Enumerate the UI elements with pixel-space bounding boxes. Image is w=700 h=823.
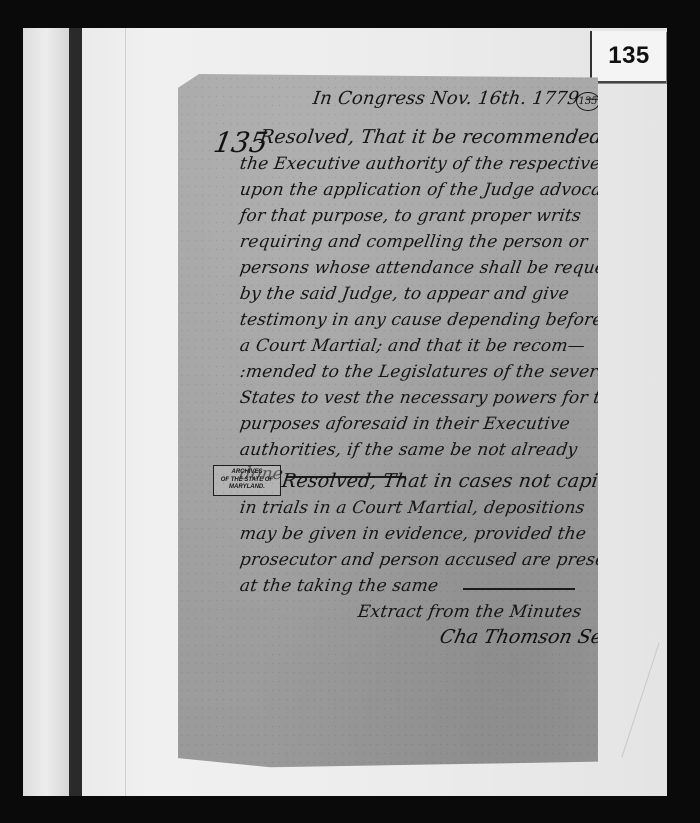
resolution-line: a Court Martial; and that it be recom— xyxy=(239,336,587,356)
document-heading: In Congress Nov. 16th. 1779 — xyxy=(312,88,605,109)
resolution-line: Resolved, That it be recommended to xyxy=(258,126,629,148)
resolution-line: purposes aforesaid in their Executive xyxy=(239,414,572,434)
resolution-line: authorities, if the same be not already xyxy=(239,440,579,460)
stamp-line: OF THE STATE OF xyxy=(221,477,273,485)
signature: Cha Thomson Secy xyxy=(438,626,626,648)
mount-left-strip xyxy=(23,28,69,796)
frame-number: 135 xyxy=(608,42,650,70)
microfilm-frame: 135 135 In Congress Nov. 16th. 1779 — 13… xyxy=(0,0,700,823)
resolution-line: States to vest the necessary powers for … xyxy=(239,388,624,408)
attestation-line: Extract from the Minutes xyxy=(357,602,583,622)
manuscript-text: 135 In Congress Nov. 16th. 1779 — 135 Re… xyxy=(178,74,598,770)
frame-number-card: 135 xyxy=(590,31,666,83)
resolution-line: for that purpose, to grant proper writs xyxy=(239,206,583,226)
archives-stamp: ARCHIVES OF THE STATE OF MARYLAND. xyxy=(213,465,281,496)
closing-rule xyxy=(463,588,575,590)
resolution-line: persons whose attendance shall be reques… xyxy=(239,258,644,278)
closing-rule xyxy=(286,476,406,478)
circled-page-number: 135 xyxy=(576,92,600,111)
resolution-line: testimony in any cause depending before xyxy=(239,310,605,330)
resolution-line: requiring and compelling the person or xyxy=(239,232,589,252)
stamp-line: MARYLAND. xyxy=(229,484,265,492)
resolution-line: done xyxy=(239,464,285,484)
resolution-line: Resolved, That in cases not capital xyxy=(280,470,625,492)
resolution-line: prosecutor and person accused are presen… xyxy=(239,550,625,570)
manuscript-page: 135 In Congress Nov. 16th. 1779 — 135 Re… xyxy=(178,74,598,770)
resolution-line: by the said Judge, to appear and give xyxy=(239,284,571,304)
mount-crease-line xyxy=(125,28,126,796)
margin-number: 135 xyxy=(211,126,270,159)
stamp-line: ARCHIVES xyxy=(231,469,262,477)
resolution-line: :mended to the Legislatures of the sever… xyxy=(239,362,615,382)
resolution-line: may be given in evidence, provided the xyxy=(239,524,588,544)
resolution-line: in trials in a Court Martial, deposition… xyxy=(239,498,586,518)
resolution-line: upon the application of the Judge advoca… xyxy=(239,180,621,200)
binding-shadow-bar xyxy=(69,28,82,796)
resolution-line: at the taking the same xyxy=(239,576,440,596)
